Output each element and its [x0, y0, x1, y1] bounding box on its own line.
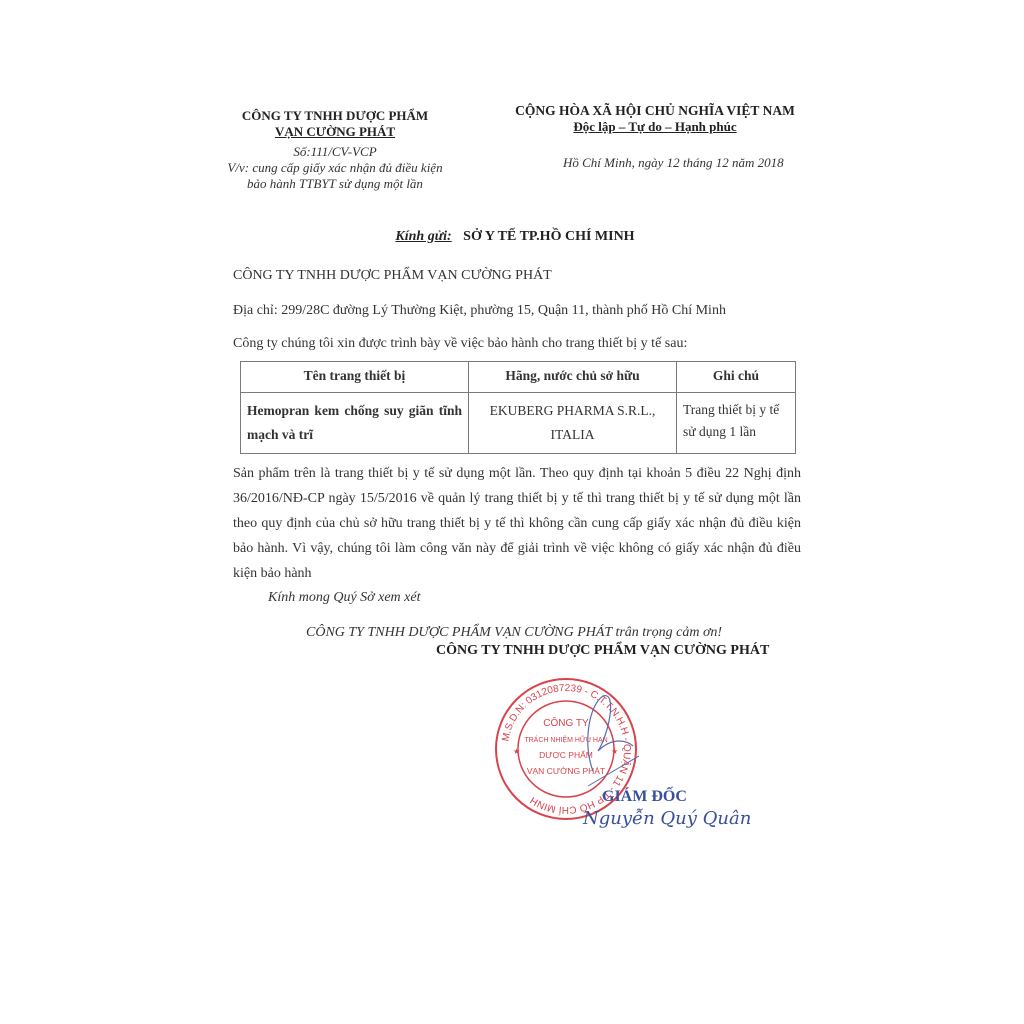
svg-text:DƯỢC PHẨM: DƯỢC PHẨM [539, 749, 593, 760]
svg-text:★: ★ [611, 747, 618, 756]
recipient-line: Kính gửi: SỞ Y TẾ TP.HỒ CHÍ MINH [230, 229, 800, 245]
device-table: Tên trang thiết bị Hãng, nước chủ sở hữu… [240, 361, 796, 454]
body-paragraph: Sản phẩm trên là trang thiết bị y tế sử … [233, 461, 801, 586]
table-header-row: Tên trang thiết bị Hãng, nước chủ sở hữu… [241, 362, 796, 393]
subject-line2: bảo hành TTBYT sử dụng một lần [190, 176, 480, 192]
body-address: Địa chỉ: 299/28C đường Lý Thường Kiệt, p… [233, 303, 726, 319]
table-header-device-name: Tên trang thiết bị [241, 362, 469, 393]
subject-line1: V/v: cung cấp giấy xác nhận đủ điều kiện [190, 160, 480, 176]
sender-company: CÔNG TY TNHH DƯỢC PHẨM VẠN CƯỜNG PHÁT [436, 643, 769, 659]
issuer-header: CÔNG TY TNHH DƯỢC PHẨM VẠN CƯỜNG PHÁT Số… [190, 108, 480, 192]
document-date: Hồ Chí Minh, ngày 12 tháng 12 năm 2018 [563, 155, 813, 171]
reference-number: Số:111/CV-VCP [190, 144, 480, 160]
recipient-label: Kính gửi: [395, 229, 451, 244]
recipient-name: SỞ Y TẾ TP.HỒ CHÍ MINH [463, 229, 634, 244]
closing-line: Kính mong Quý Sở xem xét [268, 590, 421, 606]
body-intro: Công ty chúng tôi xin được trình bày về … [233, 336, 687, 352]
nation-title: CỘNG HÒA XÃ HỘI CHỦ NGHĨA VIỆT NAM [490, 102, 820, 119]
signer-name: Nguyễn Quý Quân [583, 808, 751, 829]
table-header-note: Ghi chú [677, 362, 796, 393]
signer-title: GIÁM ĐỐC [602, 788, 687, 806]
thanks-line: CÔNG TY TNHH DƯỢC PHẨM VẠN CƯỜNG PHÁT tr… [306, 625, 722, 641]
body-company: CÔNG TY TNHH DƯỢC PHẨM VẠN CƯỜNG PHÁT [233, 268, 552, 284]
cell-manufacturer: EKUBERG PHARMA S.R.L., ITALIA [469, 393, 677, 454]
svg-text:VẠN CƯỜNG PHÁT: VẠN CƯỜNG PHÁT [527, 766, 605, 776]
national-header: CỘNG HÒA XÃ HỘI CHỦ NGHĨA VIỆT NAM Độc l… [490, 102, 820, 135]
svg-text:CÔNG TY: CÔNG TY [543, 716, 589, 729]
national-motto: Độc lập – Tự do – Hạnh phúc [490, 119, 820, 135]
cell-device-name: Hemopran kem chống suy giãn tĩnh mạch và… [241, 393, 469, 454]
table-row: Hemopran kem chống suy giãn tĩnh mạch và… [241, 393, 796, 454]
table-header-manufacturer: Hãng, nước chủ sở hữu [469, 362, 677, 393]
issuer-company-line2: VẠN CƯỜNG PHÁT [190, 124, 480, 140]
cell-note: Trang thiết bị y tế sử dụng 1 lần [677, 393, 796, 454]
issuer-company-line1: CÔNG TY TNHH DƯỢC PHẨM [190, 108, 480, 124]
svg-text:TRÁCH NHIỆM HỮU HẠN: TRÁCH NHIỆM HỮU HẠN [524, 735, 607, 744]
svg-text:★: ★ [513, 747, 520, 756]
